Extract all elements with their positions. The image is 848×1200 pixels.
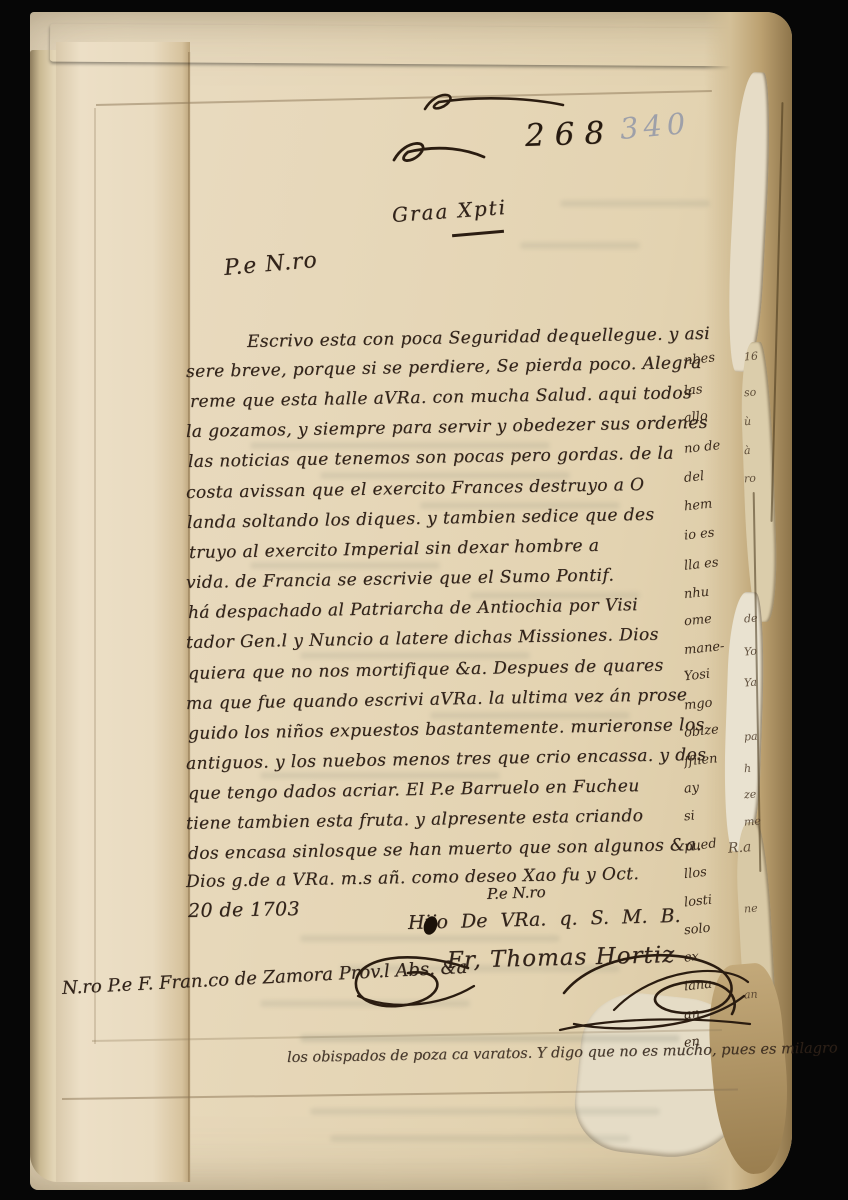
- archival-number-ink: 268: [524, 115, 614, 154]
- archival-number-pencil: 340: [619, 106, 692, 146]
- edge-fragment: R.a: [727, 839, 751, 857]
- margin-fragment: losti: [683, 893, 712, 911]
- paraph-flourish-top: [415, 85, 570, 119]
- margin-fragment: io es: [683, 525, 715, 543]
- ink-show-through: [250, 562, 440, 569]
- edge-fragment: h: [744, 762, 752, 775]
- manuscript-photograph: 268 340 Graa Xpti P.e N.ro Escrivo esta …: [0, 0, 848, 1200]
- ink-show-through: [330, 1135, 630, 1142]
- edge-fragment: pa: [744, 730, 758, 744]
- edge-fragment: ze: [744, 788, 757, 802]
- edge-fragment: so: [744, 386, 757, 400]
- margin-fragment: nhu: [683, 585, 710, 603]
- edge-fragment: ne: [744, 902, 758, 916]
- margin-fragment: si: [683, 808, 695, 824]
- edge-fragment: à: [744, 444, 751, 457]
- page-fold-left: [56, 42, 190, 1182]
- signature-rubric: [552, 938, 752, 1038]
- ink-show-through: [560, 200, 710, 207]
- edge-fragment: 16: [744, 350, 759, 364]
- ink-show-through: [310, 1108, 660, 1115]
- date-line: 20 de 1703: [188, 898, 300, 922]
- margin-fragment: mgo: [683, 696, 713, 714]
- edge-fragment: ù: [744, 415, 752, 428]
- torn-paper-layer: [724, 71, 774, 372]
- ink-show-through: [300, 935, 560, 942]
- sheet-left-edge: [94, 108, 96, 1044]
- paraph-flourish-number: [386, 130, 491, 172]
- ink-show-through: [520, 242, 640, 249]
- margin-fragment: hem: [683, 497, 713, 515]
- edge-fragment: Ya: [744, 676, 758, 690]
- closing-pre: P.e N.ro: [487, 883, 546, 903]
- margin-fragment: las: [683, 382, 703, 399]
- margin-fragment: Yosi: [683, 667, 711, 685]
- edge-fragment: Yo: [744, 645, 758, 659]
- book-top-edge: [50, 24, 754, 67]
- margin-fragment: allo: [683, 409, 708, 426]
- edge-fragment: me: [744, 814, 762, 828]
- margin-fragment: ay: [683, 780, 700, 796]
- margin-fragment: nbes: [683, 350, 715, 368]
- edge-fragment: ro: [744, 472, 757, 486]
- edge-fragment: de: [744, 612, 758, 626]
- margin-fragment: ome: [683, 612, 712, 630]
- ink-show-through: [260, 772, 500, 779]
- book-page-edges-left: [30, 50, 58, 1182]
- paper-crevice: [771, 102, 784, 522]
- margin-fragment: llos: [683, 865, 707, 882]
- margin-fragment: del: [683, 469, 705, 486]
- margin-fragment: solo: [683, 921, 711, 939]
- address-flourish: [346, 946, 478, 1018]
